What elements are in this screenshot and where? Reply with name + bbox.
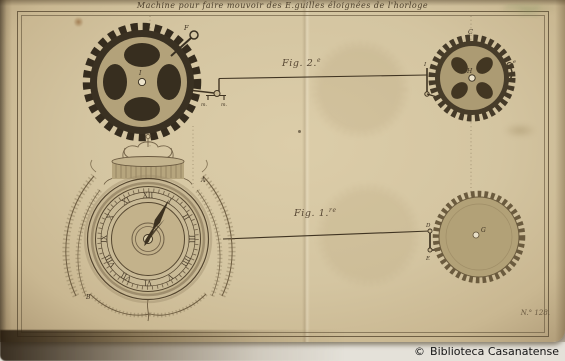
fig2-label-sup: e <box>317 57 321 64</box>
paper-stain <box>74 16 83 28</box>
scanned-plate-photo: Machine pour faire mouvoir des E.guilles… <box>0 0 565 361</box>
page-gutter-shadow <box>0 0 12 342</box>
watermark-text: Biblioteca Casanatense <box>430 345 559 358</box>
fig2-label: Fig. 2.e <box>282 57 321 69</box>
fig2-label-text: Fig. 2. <box>282 58 317 69</box>
library-watermark: ©Biblioteca Casanatense <box>414 345 559 358</box>
plate-number: N.° 128. <box>498 309 550 317</box>
plate-title: Machine pour faire mouvoir des E.guilles… <box>0 1 565 10</box>
paper-smudge <box>503 123 537 138</box>
fig1-label-text: Fig. 1. <box>294 208 329 219</box>
fig1-label: Fig. 1.re <box>294 207 337 219</box>
copyright-icon: © <box>414 345 425 358</box>
book-page <box>0 0 565 342</box>
paper-speck <box>298 130 301 133</box>
fig1-label-sup: re <box>329 207 337 214</box>
page-right-edge <box>555 0 565 342</box>
curled-corner-shadow <box>0 330 345 361</box>
